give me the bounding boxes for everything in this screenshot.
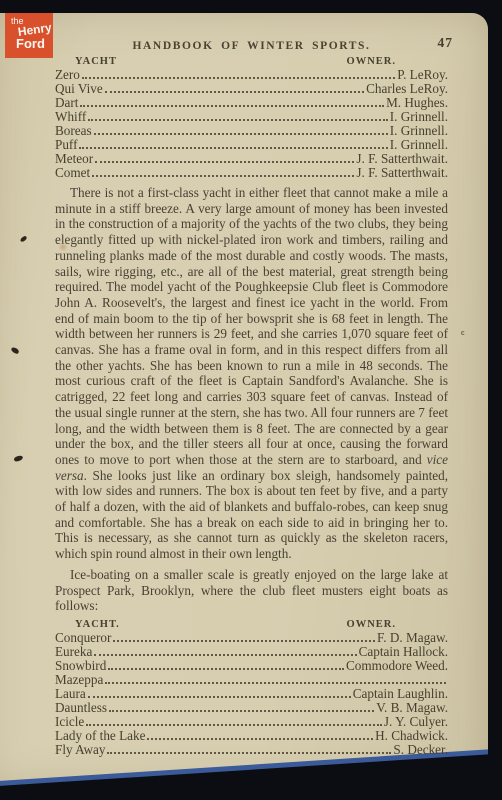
table-row: WhiffI. Grinnell. xyxy=(55,110,448,124)
logo-ford-text: Ford xyxy=(16,38,53,50)
table-row: MeteorJ. F. Satterthwait. xyxy=(55,152,448,166)
dot-leader xyxy=(105,682,446,684)
owner-name: P. LeRoy. xyxy=(397,68,448,82)
scan-speck xyxy=(461,331,465,335)
table-row: Qui ViveCharles LeRoy. xyxy=(55,82,448,96)
yacht-name: Snowbird xyxy=(55,659,106,673)
paper-blemish xyxy=(58,243,68,251)
dot-leader xyxy=(79,147,387,149)
owner-name: Charles LeRoy. xyxy=(366,82,448,96)
dot-leader xyxy=(147,738,373,740)
dot-leader xyxy=(108,668,344,670)
table-row: Mazeppa xyxy=(55,673,448,687)
dot-leader xyxy=(92,175,354,177)
yacht-name: Boreas xyxy=(55,124,92,138)
paragraph-ice-yachts: There is not a first-class yacht in eith… xyxy=(55,185,448,562)
yacht-column-header: YACHT xyxy=(75,56,117,68)
owner-name: J. Y. Culyer. xyxy=(384,715,448,729)
yacht-name: Qui Vive xyxy=(55,82,103,96)
yacht-name: Whiff xyxy=(55,110,86,124)
table-row: Fly AwayS. Decker. xyxy=(55,743,448,757)
owner-name: M. Hughes. xyxy=(386,96,448,110)
henry-ford-logo: the Henry Ford xyxy=(5,13,53,58)
yacht-name: Mazeppa xyxy=(55,673,103,687)
owner-name: J. F. Satterthwait. xyxy=(356,166,448,180)
dot-leader xyxy=(94,133,388,135)
dot-leader xyxy=(88,696,351,698)
owner-name: I. Grinnell. xyxy=(390,124,448,138)
fleet-table-1: YACHT OWNER. ZeroP. LeRoy. Qui ViveCharl… xyxy=(55,56,448,180)
yacht-name: Laura xyxy=(55,687,86,701)
table-row: PuffI. Grinnell. xyxy=(55,138,448,152)
yacht-name: Fly Away xyxy=(55,743,105,757)
table-row: EurekaCaptain Hallock. xyxy=(55,645,448,659)
table-row: LauraCaptain Laughlin. xyxy=(55,687,448,701)
fleet-table-2: YACHT. OWNER. ConquerorF. D. Magaw. Eure… xyxy=(55,619,448,757)
page-number: 47 xyxy=(438,35,454,51)
owner-name: Captain Laughlin. xyxy=(353,687,448,701)
yacht-name: Lady of the Lake xyxy=(55,729,145,743)
yacht-name: Eureka xyxy=(55,645,92,659)
owner-name: J. F. Satterthwait. xyxy=(356,152,448,166)
owner-column-header: OWNER. xyxy=(347,56,396,68)
table-row: CometJ. F. Satterthwait. xyxy=(55,166,448,180)
scanned-book-page: { "source_badge": { "line1": "the", "lin… xyxy=(0,0,502,800)
dot-leader xyxy=(113,640,375,642)
dot-leader xyxy=(105,91,364,93)
fleet1-column-headers: YACHT OWNER. xyxy=(55,56,448,68)
table-row: Lady of the LakeH. Chadwick. xyxy=(55,729,448,743)
dot-leader xyxy=(82,77,395,79)
paragraph-prospect-park: Ice-boating on a smaller scale is greatl… xyxy=(55,567,448,614)
logo-henry-text: Henry xyxy=(17,22,53,38)
running-header: HANDBOOK OF WINTER SPORTS. 47 xyxy=(55,36,448,51)
yacht-name: Dart xyxy=(55,96,78,110)
owner-name: Commodore Weed. xyxy=(346,659,448,673)
dot-leader xyxy=(88,119,388,121)
table-row: ConquerorF. D. Magaw. xyxy=(55,631,448,645)
owner-name: I. Grinnell. xyxy=(390,110,448,124)
dot-leader xyxy=(95,161,354,163)
table-row: DauntlessV. B. Magaw. xyxy=(55,701,448,715)
owner-name: I. Grinnell. xyxy=(390,138,448,152)
paragraph-text: There is not a first-class yacht in eith… xyxy=(55,185,448,467)
paragraph-text: . She looks just like an ordinary box sl… xyxy=(55,468,448,562)
yacht-name: Puff xyxy=(55,138,77,152)
book-title: HANDBOOK OF WINTER SPORTS. xyxy=(132,40,370,52)
yacht-name: Dauntless xyxy=(55,701,107,715)
dot-leader xyxy=(86,724,382,726)
yacht-name: Meteor xyxy=(55,152,93,166)
page-content: HANDBOOK OF WINTER SPORTS. 47 YACHT OWNE… xyxy=(55,36,448,757)
dot-leader xyxy=(107,752,391,754)
table-row: DartM. Hughes. xyxy=(55,96,448,110)
yacht-name: Conqueror xyxy=(55,631,111,645)
owner-name: V. B. Magaw. xyxy=(376,701,448,715)
owner-name: S. Decker. xyxy=(393,743,448,757)
owner-name: F. D. Magaw. xyxy=(377,631,448,645)
table-row: SnowbirdCommodore Weed. xyxy=(55,659,448,673)
yacht-name: Comet xyxy=(55,166,90,180)
owner-name: H. Chadwick. xyxy=(375,729,448,743)
yacht-name: Zero xyxy=(55,68,80,82)
table-row: ZeroP. LeRoy. xyxy=(55,68,448,82)
table-row: IcicleJ. Y. Culyer. xyxy=(55,715,448,729)
dot-leader xyxy=(80,105,384,107)
yacht-name: Icicle xyxy=(55,715,84,729)
table-row: BoreasI. Grinnell. xyxy=(55,124,448,138)
dot-leader xyxy=(109,710,374,712)
dot-leader xyxy=(94,654,356,656)
owner-name: Captain Hallock. xyxy=(359,645,448,659)
